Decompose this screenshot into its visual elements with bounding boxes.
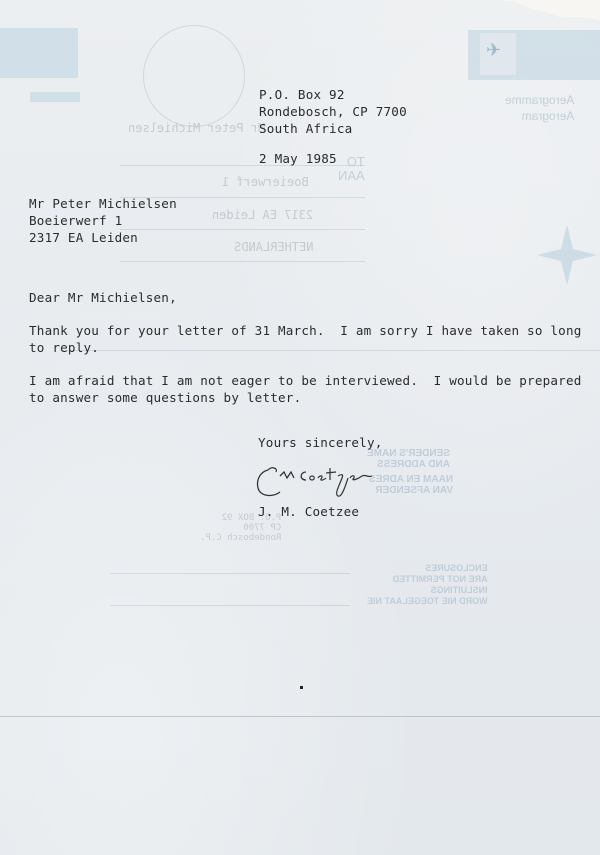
reverse-envelope-name: Mr Peter Michielsen bbox=[128, 121, 265, 135]
reverse-envelope-country: NETHERLANDS bbox=[234, 240, 313, 254]
reverse-aerogramme-label: Aerogramme Aerogram bbox=[505, 92, 574, 124]
ink-speck bbox=[300, 686, 303, 689]
recipient-street: Boeierwerf 1 bbox=[29, 213, 122, 228]
reverse-address-rule bbox=[120, 261, 365, 262]
torn-corner bbox=[500, 0, 600, 20]
reverse-form-rule bbox=[110, 573, 350, 574]
letter-date: 2 May 1985 bbox=[259, 150, 337, 167]
handwritten-signature bbox=[254, 462, 384, 502]
reverse-form-rule bbox=[110, 605, 350, 606]
airmail-bird-icon: ✈ bbox=[486, 40, 501, 61]
reverse-envelope-city: 2317 EA Leiden bbox=[212, 208, 313, 222]
reverse-blue-band-left bbox=[0, 28, 78, 78]
reverse-envelope-street: Boeierwerf 1 bbox=[222, 175, 309, 189]
aerogramme-paper: ✈ Aerogramme Aerogram TO AAN Mr Peter Mi… bbox=[0, 0, 600, 855]
recipient-name: Mr Peter Michielsen bbox=[29, 196, 177, 211]
reverse-blue-strip-left bbox=[30, 92, 80, 102]
fold-crease bbox=[0, 716, 600, 717]
closing: Yours sincerely, bbox=[258, 434, 383, 451]
signature-name: J. M. Coetzee bbox=[258, 503, 359, 520]
body-paragraph-1: Thank you for your letter of 31 March. I… bbox=[29, 322, 582, 356]
sender-address-line2: Rondebosch, CP 7700 bbox=[259, 104, 407, 119]
reverse-star-emblem bbox=[537, 225, 597, 285]
sender-address-line1: P.O. Box 92 bbox=[259, 87, 345, 102]
reverse-to-label: TO AAN bbox=[338, 155, 365, 183]
reverse-enclosures-label: ENCLOSURES ARE NOT PERMITTED INSLUITINGS… bbox=[367, 563, 488, 607]
sender-address: P.O. Box 92 Rondebosch, CP 7700 South Af… bbox=[259, 86, 407, 137]
postmark-circle bbox=[143, 25, 245, 127]
salutation: Dear Mr Michielsen, bbox=[29, 289, 177, 306]
sender-address-line3: South Africa bbox=[259, 121, 352, 136]
body-paragraph-2: I am afraid that I am not eager to be in… bbox=[29, 372, 582, 406]
recipient-city: 2317 EA Leiden bbox=[29, 230, 138, 245]
recipient-address: Mr Peter Michielsen Boeierwerf 1 2317 EA… bbox=[29, 195, 177, 246]
